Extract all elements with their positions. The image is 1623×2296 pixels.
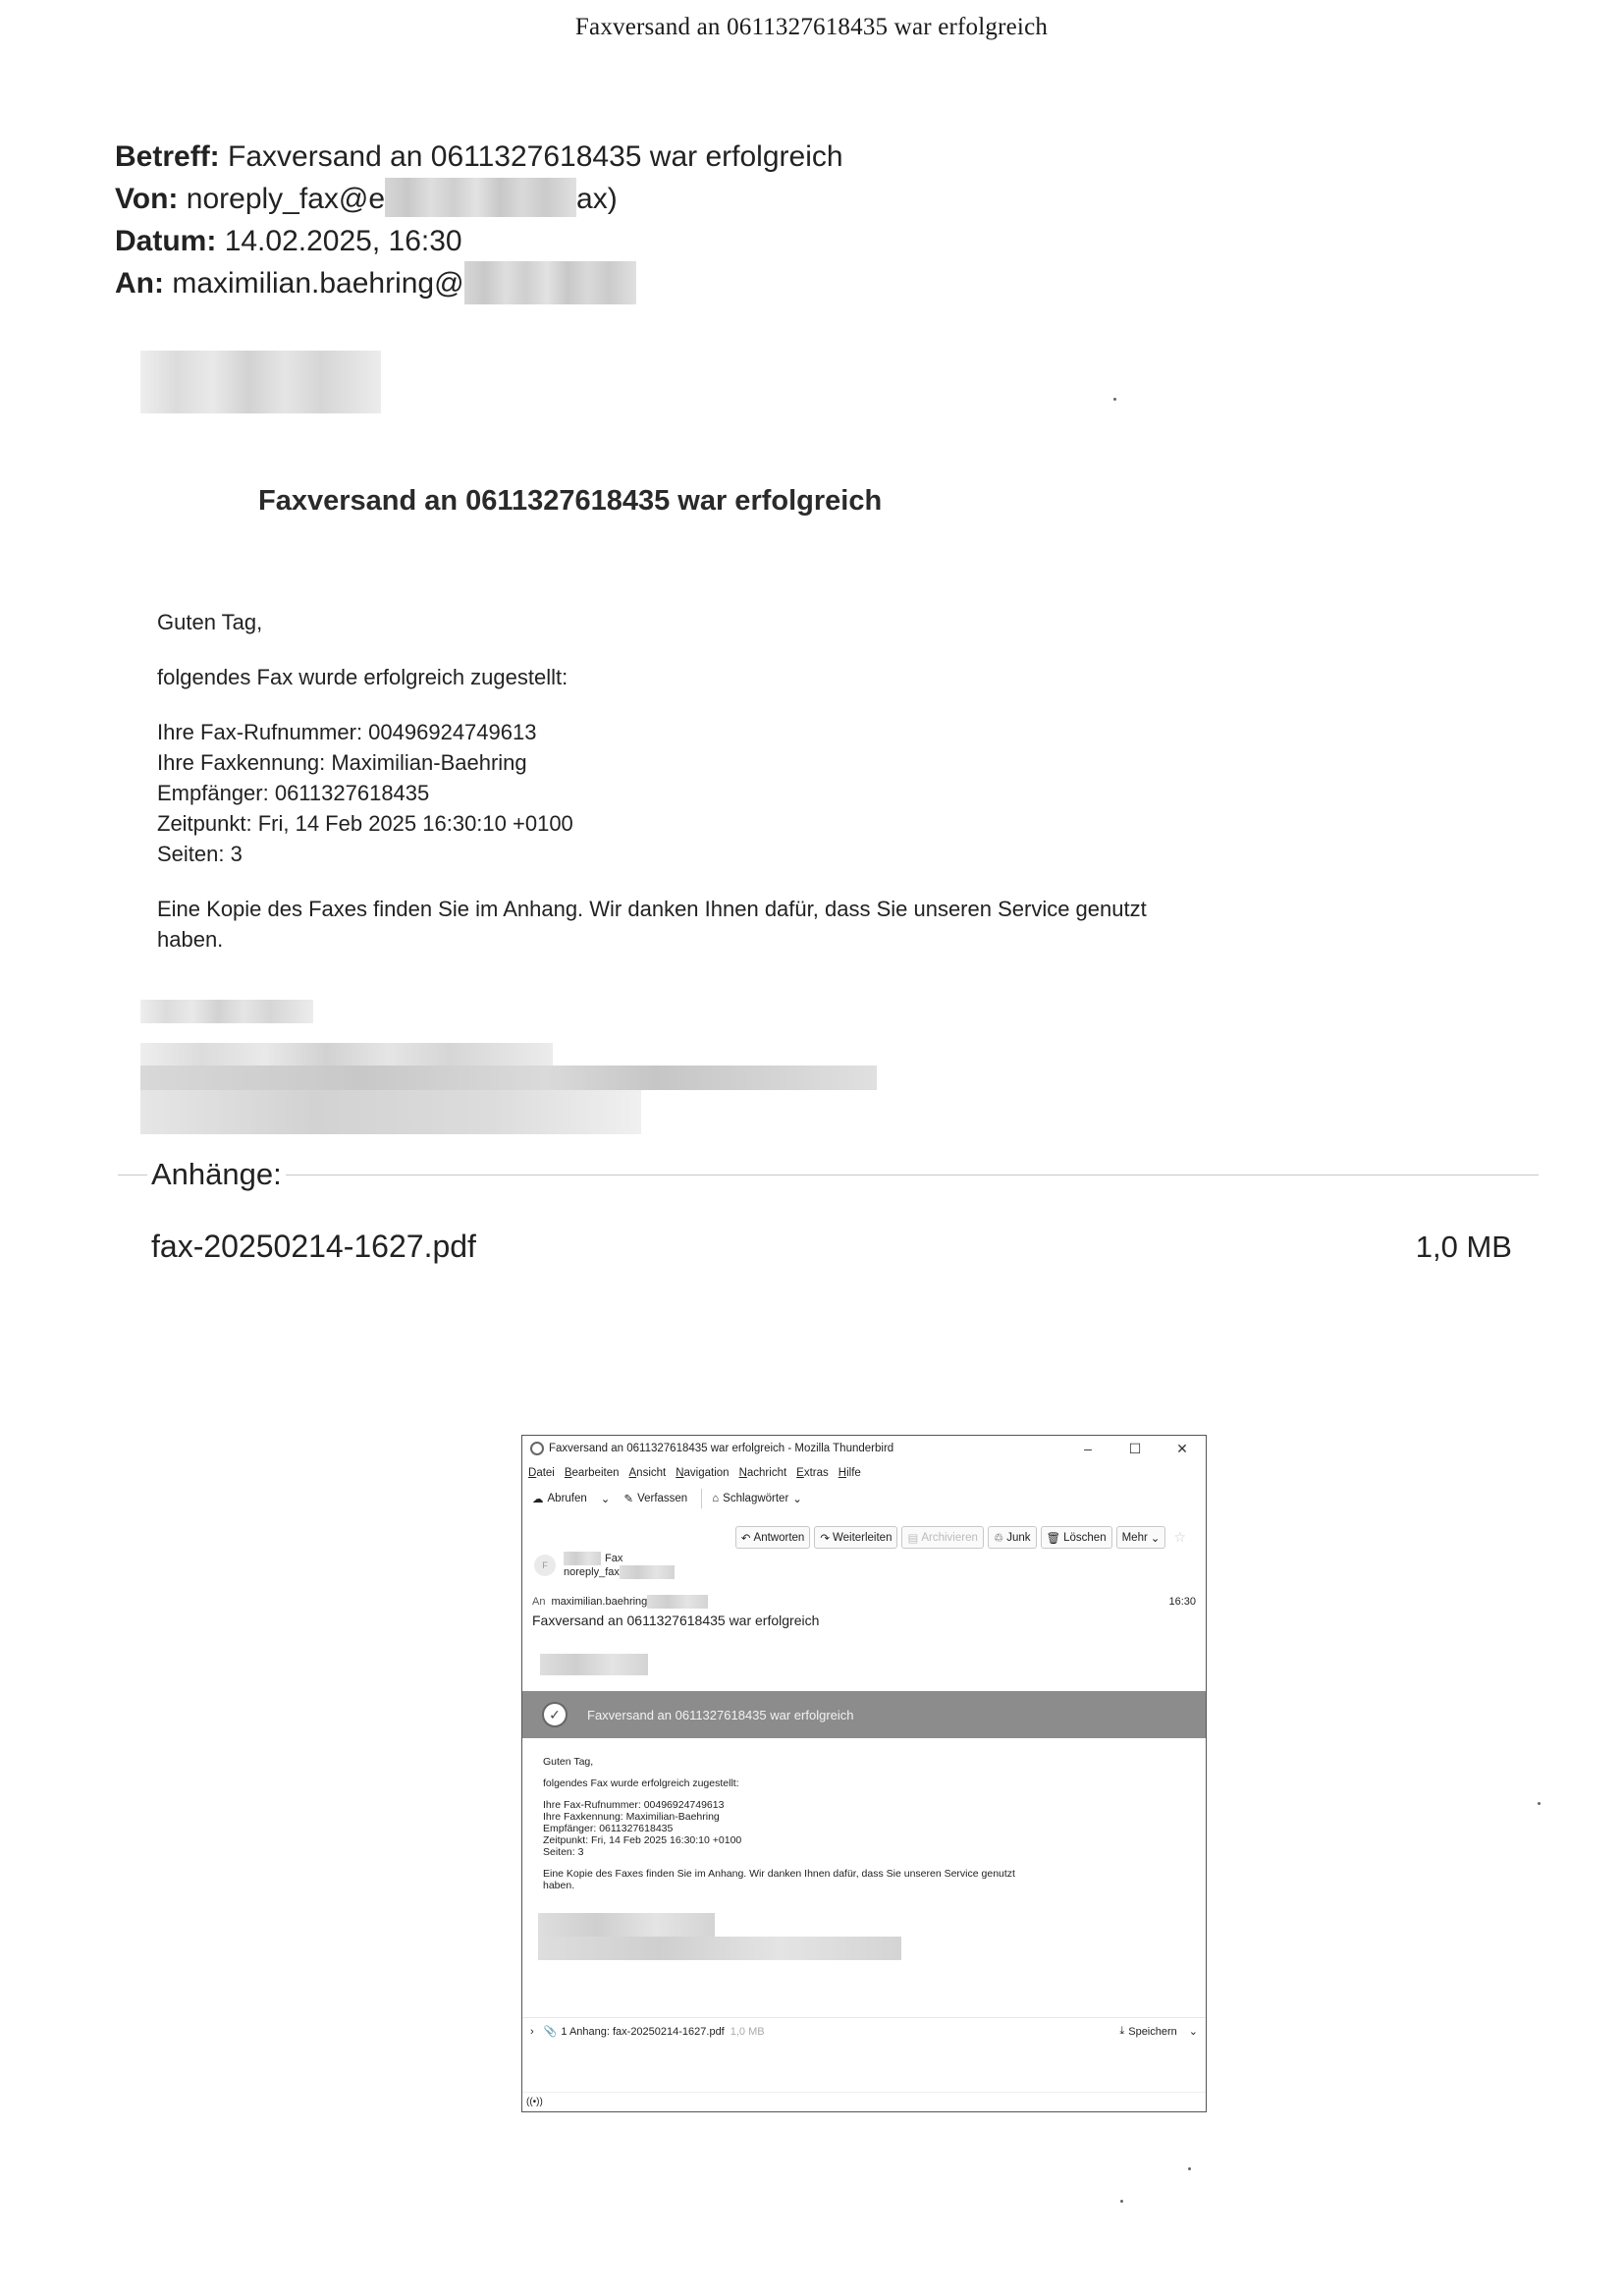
detail-pages: Seiten: 3: [543, 1846, 1054, 1858]
menu-datei[interactable]: Datei: [528, 1467, 555, 1479]
redacted-block: [464, 261, 636, 304]
archive-button[interactable]: ▤Archivieren: [901, 1526, 983, 1549]
save-label: Speichern: [1128, 2026, 1177, 2038]
sender-name[interactable]: Fax: [605, 1553, 622, 1564]
junk-button[interactable]: ♲Junk: [988, 1526, 1037, 1549]
scan-artifact: [1188, 2167, 1191, 2170]
closing: Eine Kopie des Faxes finden Sie im Anhan…: [543, 1868, 1034, 1891]
fax-details: Ihre Fax-Rufnummer: 00496924749613 Ihre …: [543, 1799, 1054, 1858]
scan-artifact: [1113, 398, 1116, 401]
subject-label: Betreff:: [115, 140, 220, 173]
greeting: Guten Tag,: [157, 607, 1188, 637]
window-controls: – ☐ ✕: [1064, 1441, 1206, 1457]
redacted-block: [647, 1595, 708, 1609]
detail-fax-id: Ihre Faxkennung: Maximilian-Baehring: [543, 1811, 1054, 1823]
more-button[interactable]: Mehr⌄: [1116, 1526, 1166, 1549]
redacted-block: [620, 1565, 675, 1579]
email-meta: Betreff: Faxversand an 0611327618435 war…: [115, 136, 843, 304]
toolbar-separator: [701, 1489, 702, 1508]
compose-button[interactable]: ✎ Verfassen: [623, 1492, 687, 1505]
detail-timestamp: Zeitpunkt: Fri, 14 Feb 2025 16:30:10 +01…: [543, 1834, 1054, 1846]
chevron-down-icon: ⌄: [1189, 2025, 1198, 2038]
redacted-signature: [140, 1066, 877, 1090]
delete-button[interactable]: 🗑Löschen: [1041, 1526, 1112, 1549]
forward-icon: ↷: [820, 1531, 830, 1545]
menu-ansicht[interactable]: Ansicht: [629, 1467, 667, 1479]
banner-text: Faxversand an 0611327618435 war erfolgre…: [587, 1708, 854, 1722]
maximize-icon[interactable]: ☐: [1111, 1441, 1159, 1457]
intro: folgendes Fax wurde erfolgreich zugestel…: [157, 662, 1188, 692]
tags-button[interactable]: ⌂ Schlagwörter ⌄: [712, 1492, 802, 1505]
delete-label: Löschen: [1063, 1532, 1106, 1544]
detail-timestamp: Zeitpunkt: Fri, 14 Feb 2025 16:30:10 +01…: [157, 808, 1188, 839]
date-label: Datum:: [115, 225, 216, 257]
redacted-signature: [538, 1937, 901, 1960]
recipient-row: An maximilian.baehring 16:30: [532, 1595, 1196, 1609]
redacted-logo: [540, 1654, 648, 1675]
menu-navigation[interactable]: Navigation: [676, 1467, 729, 1479]
message-body: Guten Tag, folgendes Fax wurde erfolgrei…: [543, 1756, 1054, 1901]
redacted-block: [385, 178, 576, 217]
to-label: An:: [115, 267, 164, 300]
redacted-signature: [140, 1090, 641, 1134]
window-title: Faxversand an 0611327618435 war erfolgre…: [549, 1443, 893, 1454]
junk-icon: ♲: [994, 1531, 1003, 1545]
reply-label: Antworten: [754, 1532, 805, 1544]
from-value-suffix: ax): [576, 183, 618, 215]
attachment-file-size: 1,0 MB: [1416, 1230, 1512, 1265]
attachment-bar: › 📎 1 Anhang: fax-20250214-1627.pdf 1,0 …: [522, 2017, 1206, 2045]
forward-label: Weiterleiten: [833, 1532, 893, 1544]
redacted-logo: [140, 351, 381, 413]
chevron-down-icon: ⌄: [601, 1492, 611, 1505]
main-toolbar: ☁ Abrufen ⌄ ✎ Verfassen ⌂ Schlagwörter ⌄: [522, 1485, 1206, 1512]
sender-email[interactable]: noreply_fax: [564, 1566, 620, 1578]
reply-button[interactable]: ↶Antworten: [735, 1526, 810, 1549]
archive-icon: ▤: [907, 1531, 918, 1545]
detail-recipient: Empfänger: 0611327618435: [157, 778, 1188, 808]
tag-icon: ⌂: [712, 1493, 719, 1504]
from-label: Von:: [115, 183, 178, 215]
status-bar: ((•)): [522, 2092, 1206, 2111]
thunderbird-window: Faxversand an 0611327618435 war erfolgre…: [521, 1435, 1207, 2112]
paperclip-icon: 📎: [544, 2025, 558, 2038]
closing: Eine Kopie des Faxes finden Sie im Anhan…: [157, 894, 1188, 955]
junk-label: Junk: [1006, 1532, 1030, 1544]
get-mail-dropdown[interactable]: ⌄: [601, 1492, 611, 1505]
menu-bar: Datei Bearbeiten Ansicht Navigation Nach…: [522, 1461, 1206, 1485]
message-actions: ↶Antworten ↷Weiterleiten ▤Archivieren ♲J…: [735, 1526, 1190, 1549]
menu-bearbeiten[interactable]: Bearbeiten: [565, 1467, 620, 1479]
close-icon[interactable]: ✕: [1159, 1441, 1206, 1457]
attachments-divider: [118, 1175, 1539, 1175]
fax-details: Ihre Fax-Rufnummer: 00496924749613 Ihre …: [157, 717, 1188, 869]
attachments-label: Anhänge:: [147, 1157, 286, 1192]
scan-artifact: [1120, 2200, 1123, 2203]
scan-artifact: [1538, 1802, 1541, 1805]
body-text: Guten Tag, folgendes Fax wurde erfolgrei…: [157, 607, 1188, 979]
to-row: An: maximilian.baehring@: [115, 262, 843, 304]
from-value: noreply_fax@e: [187, 183, 385, 215]
online-status-icon[interactable]: ((•)): [526, 2097, 543, 2107]
body-heading: Faxversand an 0611327618435 war erfolgre…: [258, 485, 882, 518]
detail-fax-number: Ihre Fax-Rufnummer: 00496924749613: [543, 1799, 1054, 1811]
detail-fax-number: Ihre Fax-Rufnummer: 00496924749613: [157, 717, 1188, 747]
trash-icon: 🗑: [1047, 1531, 1061, 1545]
menu-hilfe[interactable]: Hilfe: [839, 1467, 861, 1479]
success-banner: ✓ Faxversand an 0611327618435 war erfolg…: [522, 1691, 1206, 1738]
get-mail-label: Abrufen: [548, 1493, 587, 1504]
redacted-signature: [140, 1000, 313, 1023]
from-row: Von: noreply_fax@eax): [115, 178, 843, 220]
message-time: 16:30: [1168, 1596, 1196, 1608]
sender-text: Fax noreply_fax: [564, 1552, 675, 1579]
message-subject: Faxversand an 0611327618435 war erfolgre…: [532, 1613, 819, 1628]
attachment-size: 1,0 MB: [730, 2026, 765, 2038]
more-label: Mehr: [1122, 1532, 1148, 1544]
menu-extras[interactable]: Extras: [796, 1467, 829, 1479]
redacted-block: [564, 1552, 601, 1565]
date-value: 14.02.2025, 16:30: [225, 225, 462, 257]
window-titlebar: Faxversand an 0611327618435 war erfolgre…: [522, 1436, 1206, 1461]
forward-button[interactable]: ↷Weiterleiten: [814, 1526, 897, 1549]
cloud-download-icon: ☁: [532, 1492, 544, 1505]
save-button[interactable]: ⤓ Speichern ⌄: [1119, 2025, 1198, 2038]
attachment-file-name[interactable]: fax-20250214-1627.pdf: [151, 1229, 476, 1265]
chevron-down-icon: ⌄: [1151, 1531, 1161, 1545]
chevron-down-icon: ⌄: [792, 1492, 802, 1505]
archive-label: Archivieren: [921, 1532, 978, 1544]
subject-value: Faxversand an 0611327618435 war erfolgre…: [228, 140, 843, 173]
checkmark-icon: ✓: [542, 1702, 568, 1727]
intro: folgendes Fax wurde erfolgreich zugestel…: [543, 1777, 1054, 1789]
get-mail-button[interactable]: ☁ Abrufen: [532, 1492, 587, 1505]
detail-fax-id: Ihre Faxkennung: Maximilian-Baehring: [157, 747, 1188, 778]
subject-row: Betreff: Faxversand an 0611327618435 war…: [115, 136, 843, 178]
detail-pages: Seiten: 3: [157, 839, 1188, 869]
attachment-summary[interactable]: 1 Anhang: fax-20250214-1627.pdf: [561, 2026, 724, 2038]
sender: F Fax noreply_fax: [534, 1552, 675, 1579]
compose-label: Verfassen: [637, 1493, 687, 1504]
expand-chevron-icon[interactable]: ›: [530, 2026, 534, 2038]
reply-icon: ↶: [741, 1531, 751, 1545]
star-icon[interactable]: ☆: [1169, 1526, 1190, 1549]
sender-avatar: F: [534, 1555, 556, 1576]
detail-recipient: Empfänger: 0611327618435: [543, 1823, 1054, 1834]
to-value[interactable]: maximilian.baehring: [551, 1596, 647, 1608]
to-label: An: [532, 1596, 545, 1608]
thunderbird-icon: [530, 1442, 544, 1455]
date-row: Datum: 14.02.2025, 16:30: [115, 220, 843, 262]
menu-nachricht[interactable]: Nachricht: [739, 1467, 787, 1479]
pencil-icon: ✎: [623, 1492, 633, 1505]
tags-label: Schlagwörter: [723, 1493, 788, 1504]
minimize-icon[interactable]: –: [1064, 1441, 1111, 1457]
page-title: Faxversand an 0611327618435 war erfolgre…: [0, 14, 1623, 41]
download-icon: ⤓: [1119, 2025, 1124, 2038]
to-value: maximilian.baehring@: [172, 267, 463, 300]
greeting: Guten Tag,: [543, 1756, 1054, 1768]
